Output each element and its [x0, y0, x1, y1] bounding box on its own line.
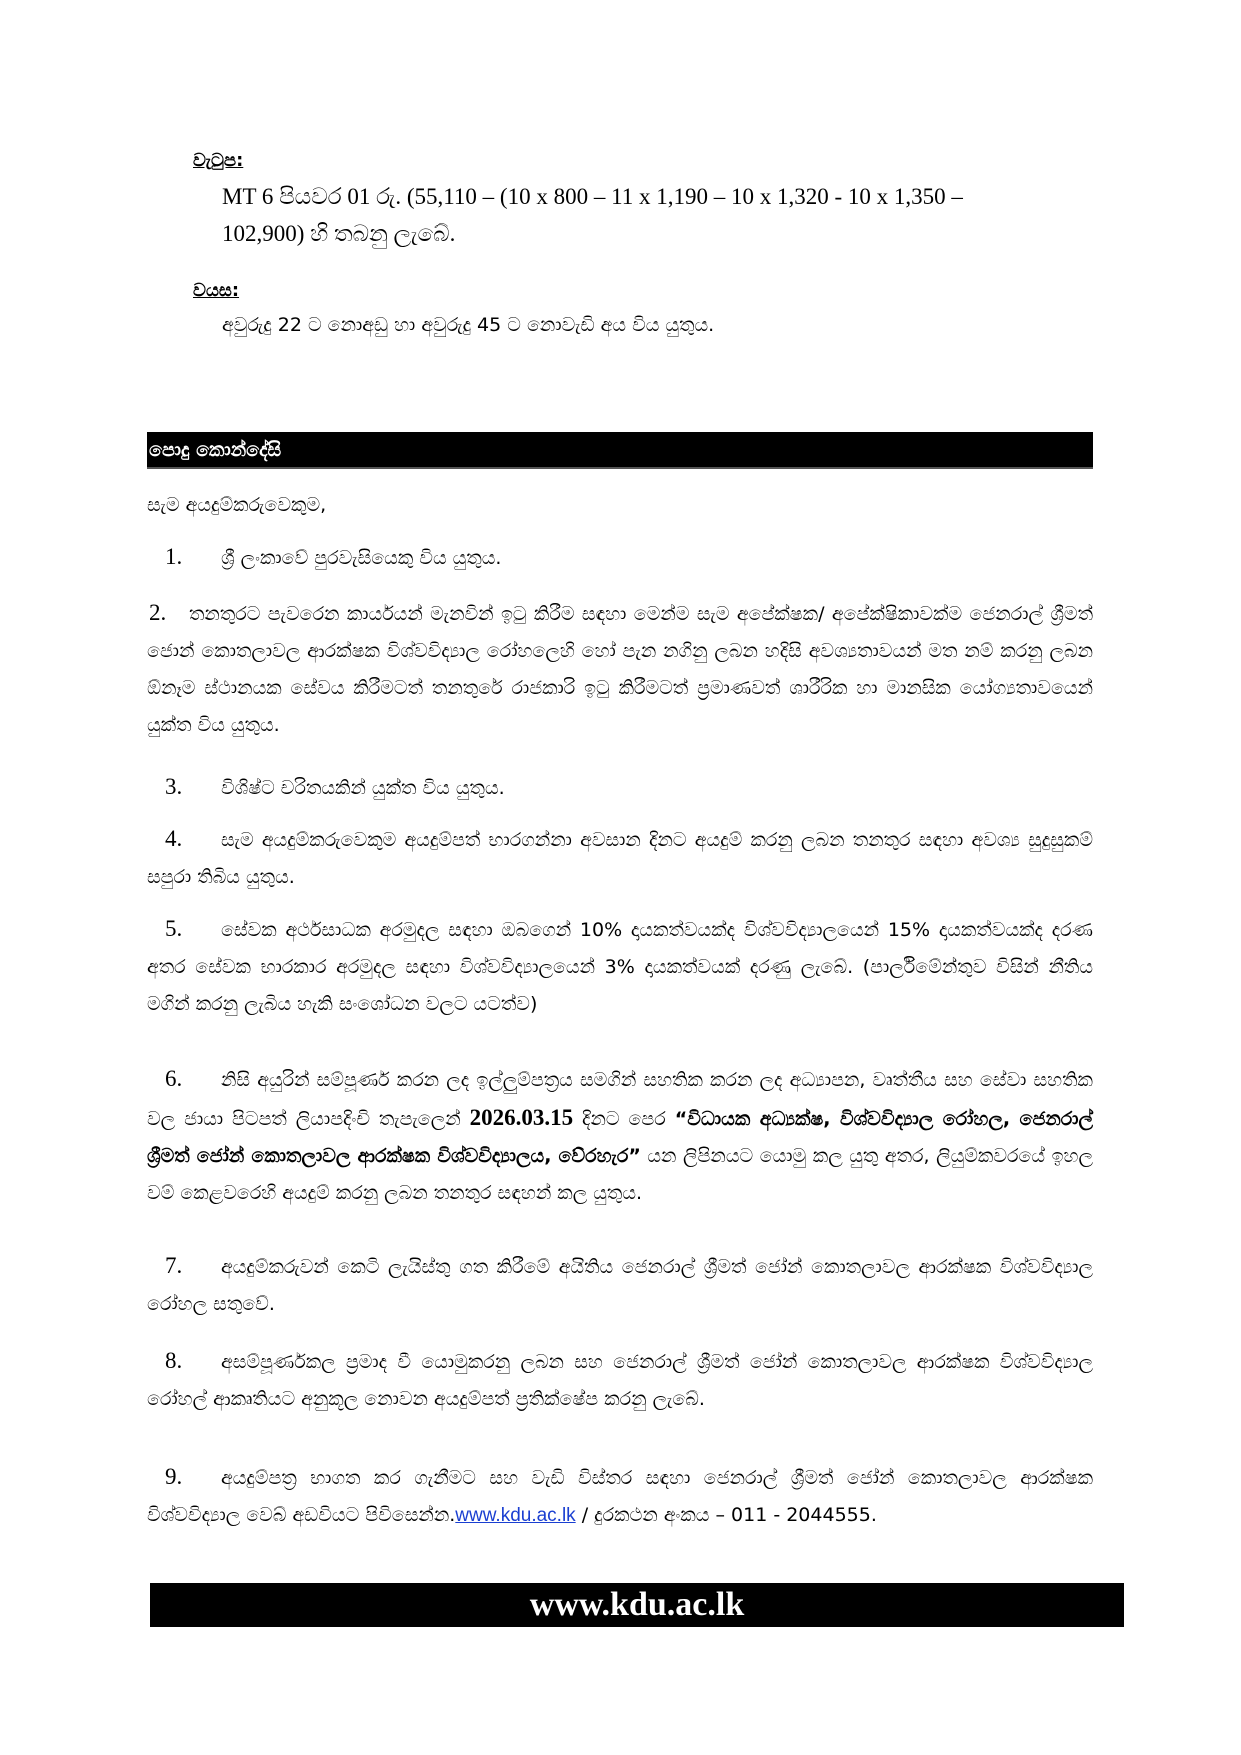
- age-text: අවුරුදු 22 ට නොඅඩු හා අවුරුදු 45 ට නොවැඩ…: [222, 307, 714, 344]
- condition-item-7: 7.අයදුම්කරුවන් කෙටි ලැයිස්තු ගත කිරීමේ අ…: [147, 1247, 1093, 1323]
- condition-item-9: 9.අයදුම්පත්‍ර භාගත කර ගැනීමට සහ වැඩි විස…: [147, 1458, 1093, 1534]
- condition-item-5: 5.සේවක අර්ථසාධක අරමුදල සඳහා ඔබගෙන් 10% ද…: [147, 910, 1093, 1023]
- condition-item-4: 4.සැම අයදුම්කරුවෙකුම අයදුම්පත් භාරගන්නා …: [147, 820, 1093, 896]
- condition-item-2: 2.තනතුරට පැවරෙන කාර්යයන් මැනවින් ඉටු කිර…: [147, 594, 1093, 744]
- section-header-general-conditions: පොදු කොන්දේසි: [147, 432, 1093, 469]
- salary-line-2: 102,900) හි තබනු ලැබේ.: [222, 215, 455, 252]
- condition-item-8: 8.අසම්පූර්ණකල ප්‍රමාද වී යොමුකරනු ලබන සහ…: [147, 1342, 1093, 1418]
- condition-item-3: 3.විශිෂ්ට චරිතයකින් යුක්ත විය යුතුය.: [147, 768, 1093, 807]
- condition-item-1: 1.ශ්‍රී ලංකාවේ පුරවැසියෙකු විය යුතුය.: [147, 538, 1093, 577]
- salary-label: වැටුප:: [193, 150, 243, 171]
- footer-url-banner: www.kdu.ac.lk: [150, 1583, 1124, 1627]
- kdu-website-link[interactable]: www.kdu.ac.lk: [455, 1505, 575, 1526]
- intro-text: සැම අයදුම්කරුවෙකුම,: [147, 487, 326, 524]
- deadline-date: 2026.03.15: [470, 1105, 574, 1130]
- condition-item-6: 6.නිසි අයුරින් සම්පූර්ණ කරන ලද ඉල්ලුම්පත…: [147, 1060, 1093, 1212]
- age-label: වයස:: [193, 280, 239, 301]
- salary-line-1: MT 6 පියවර 01 රු. (55,110 – (10 x 800 – …: [222, 178, 1090, 215]
